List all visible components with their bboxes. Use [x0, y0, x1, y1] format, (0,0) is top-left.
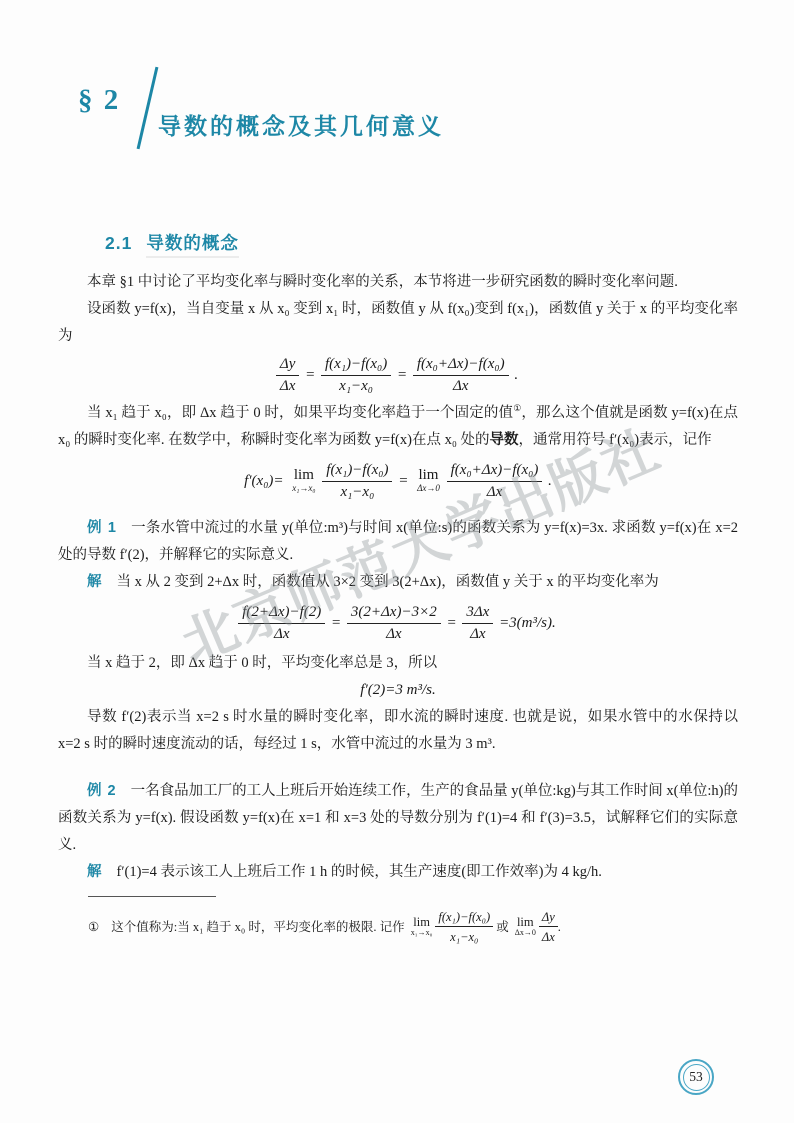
page-content: § 2 导数的概念及其几何意义 2.1导数的概念 本章 §1 中讨论了平均变化率…: [58, 0, 738, 945]
limit-operator: limx₁→x₀: [411, 916, 433, 938]
example2-solution-text: f′(1)=4 表示该工人上班后工作 1 h 的时候，其生产速度(即工作效率)为…: [117, 864, 602, 880]
example1-label: 例 1: [87, 520, 117, 536]
footnote-or: 或: [496, 919, 509, 935]
formula-example1-computation: f(2+Δx)−f(2)Δx = 3(2+Δx)−3×2Δx = 3ΔxΔx =…: [58, 604, 738, 644]
example1-continuation: 当 x 趋于 2，即 Δx 趋于 0 时，平均变化率总是 3，所以: [58, 650, 738, 677]
equals-sign: =: [396, 473, 410, 489]
paragraph-derivative-definition: 当 x₁ 趋于 x₀，即 Δx 趋于 0 时，如果平均变化率趋于一个固定的值①，…: [58, 400, 738, 454]
example1-result-line: f′(2)=3 m³/s.: [58, 677, 738, 704]
fraction-difference-quotient: f(x₁)−f(x₀)x₁−x₀: [322, 462, 392, 502]
page-title: 导数的概念及其几何意义: [158, 108, 444, 141]
def-text-a: 当 x₁ 趋于 x₀，即 Δx 趋于 0 时，如果平均变化率趋于一个固定的值: [87, 405, 513, 421]
example2-text: 一名食品加工厂的工人上班后开始连续工作，生产的食品量 y(单位:kg)与其工作时…: [58, 783, 738, 853]
footnote-marker: ①: [88, 919, 99, 935]
example1-solution-text: 当 x 从 2 变到 2+Δx 时，函数值从 3×2 变到 3(2+Δx)，函数…: [117, 574, 659, 590]
solution-label: 解: [87, 574, 103, 590]
page-number: 53: [683, 1064, 710, 1091]
section-number: 2.1: [105, 233, 132, 253]
equals-sign: =: [444, 615, 458, 631]
fraction-delta-quotient: f(x₀+Δx)−f(x₀)Δx: [447, 462, 543, 502]
section-heading: 2.1导数的概念: [105, 230, 738, 255]
chapter-header: § 2 导数的概念及其几何意义: [58, 0, 738, 178]
derivative-lhs: f′(x₀)=: [242, 473, 285, 489]
fraction-f2-quotient: f(2+Δx)−f(2)Δx: [238, 604, 325, 644]
def-text-c: ，通常用符号 f′(x₀)表示，记作: [519, 432, 712, 448]
limit-operator: limΔx→0: [417, 468, 440, 494]
equals-sign: =: [329, 615, 343, 631]
fraction-difference-quotient: f(x₁)−f(x₀)x₁−x₀: [321, 356, 391, 396]
example2-statement: 例 2一名食品加工厂的工人上班后开始连续工作，生产的食品量 y(单位:kg)与其…: [58, 778, 738, 859]
formula-result: =3(m³/s).: [497, 615, 558, 631]
example1-text: 一条水管中流过的水量 y(单位:m³)与时间 x(单位:s)的函数关系为 y=f…: [58, 520, 738, 563]
fraction-expanded: 3(2+Δx)−3×2Δx: [347, 604, 441, 644]
formula-period: .: [546, 473, 554, 489]
paragraph-intro-2: 设函数 y=f(x)，当自变量 x 从 x₀ 变到 x₁ 时，函数值 y 从 f…: [58, 296, 738, 350]
slash-divider: [137, 67, 159, 150]
limit-operator: limΔx→0: [515, 916, 536, 938]
footnote-period: .: [558, 919, 561, 935]
example1-interpretation: 导数 f′(2)表示当 x=2 s 时水量的瞬时变化率，即水流的瞬时速度. 也就…: [58, 704, 738, 758]
fraction-difference-quotient: f(x₁)−f(x₀)x₁−x₀: [435, 909, 493, 946]
footnote-divider: [88, 896, 216, 897]
section-heading-text: 导数的概念: [146, 233, 239, 258]
example1-solution: 解当 x 从 2 变到 2+Δx 时，函数值从 3×2 变到 3(2+Δx)，函…: [58, 569, 738, 596]
paragraph-intro-1: 本章 §1 中讨论了平均变化率与瞬时变化率的关系，本节将进一步研究函数的瞬时变化…: [58, 269, 738, 296]
fraction-dy-dx: ΔyΔx: [276, 356, 299, 396]
solution-label: 解: [87, 864, 103, 880]
formula-period: .: [512, 367, 520, 383]
term-derivative: 导数: [490, 432, 519, 448]
page-number-badge: 53: [678, 1059, 714, 1095]
section-mark: § 2: [78, 84, 120, 117]
example2-solution: 解f′(1)=4 表示该工人上班后工作 1 h 的时候，其生产速度(即工作效率)…: [58, 859, 738, 886]
fraction-simplified: 3ΔxΔx: [462, 604, 493, 644]
formula-derivative-limit: f′(x₀)= limx₁→x₀ f(x₁)−f(x₀)x₁−x₀ = limΔ…: [58, 462, 738, 502]
fraction-delta-quotient: f(x₀+Δx)−f(x₀)Δx: [413, 356, 509, 396]
footnote-text: 这个值称为:当 x₁ 趋于 x₀ 时，平均变化率的极限. 记作: [111, 919, 404, 935]
limit-operator: limx₁→x₀: [292, 468, 315, 494]
equals-sign: =: [303, 367, 317, 383]
textbook-page: § 2 导数的概念及其几何意义 2.1导数的概念 本章 §1 中讨论了平均变化率…: [0, 0, 794, 1123]
example1-statement: 例 1一条水管中流过的水量 y(单位:m³)与时间 x(单位:s)的函数关系为 …: [58, 515, 738, 569]
equals-sign: =: [395, 367, 409, 383]
fraction-dy-dx: ΔyΔx: [539, 909, 558, 946]
footnote: ① 这个值称为:当 x₁ 趋于 x₀ 时，平均变化率的极限. 记作 limx₁→…: [88, 909, 738, 946]
formula-average-rate: ΔyΔx = f(x₁)−f(x₀)x₁−x₀ = f(x₀+Δx)−f(x₀)…: [58, 356, 738, 396]
example2-label: 例 2: [87, 783, 117, 799]
